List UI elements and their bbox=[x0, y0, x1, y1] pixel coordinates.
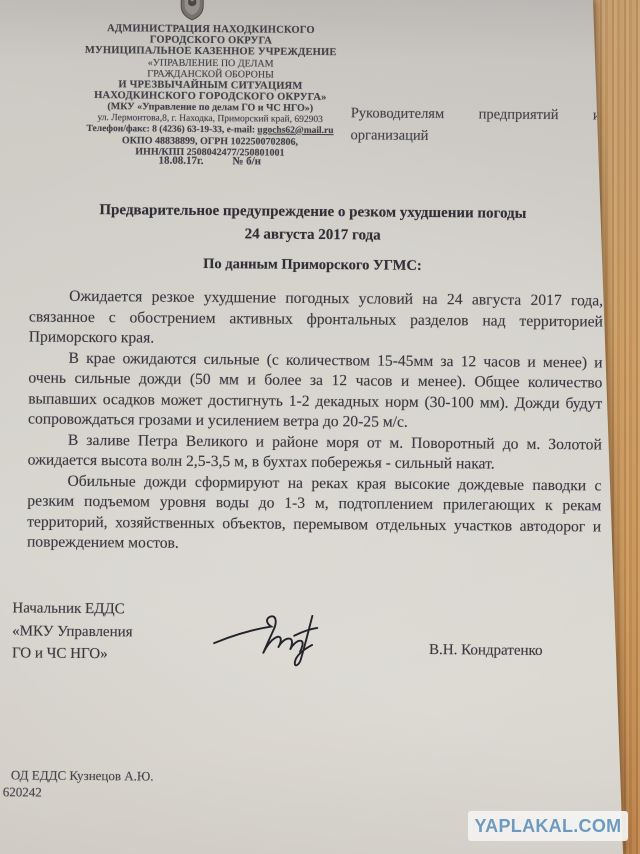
executor-name: ОД ЕДДС Кузнецов А.Ю. bbox=[3, 766, 154, 784]
phone-fax: Телефон/факс: 8 (4236) 63-19-33, e-mail: bbox=[87, 124, 258, 135]
subheading: По данным Приморского УГМС: bbox=[31, 254, 593, 276]
document-number: № б/н bbox=[232, 155, 261, 167]
body-text: Ожидается резкое ухудшение погодных усло… bbox=[27, 286, 603, 557]
coat-of-arms-icon bbox=[179, 0, 206, 22]
signatory-position-line: «МКУ Управления bbox=[12, 620, 182, 644]
title-line-1: Предварительное предупреждение о резком … bbox=[32, 198, 594, 226]
signatory-position-line: ГО и ЧС НГО» bbox=[12, 642, 182, 666]
yaplakal-watermark: YAPLAKAL.COM bbox=[468, 811, 628, 841]
paragraph: Ожидается резкое ухудшение погодных усло… bbox=[29, 286, 604, 353]
date-number-line: 18.08.17г. № б/н bbox=[42, 154, 377, 169]
document-content: АДМИНИСТРАЦИЯ НАХОДКИНСКОГО ГОРОДСКОГО О… bbox=[0, 0, 640, 854]
paragraph: В крае ожидаются сильные (с количеством … bbox=[28, 348, 603, 435]
paper-sheet: АДМИНИСТРАЦИЯ НАХОДКИНСКОГО ГОРОДСКОГО О… bbox=[0, 0, 640, 854]
paragraph: Обильные дожди сформируют на реках края … bbox=[27, 471, 602, 558]
signatory-position: Начальник ЕДДС «МКУ Управления ГО и ЧС Н… bbox=[12, 597, 183, 666]
executor-code: 620242 bbox=[3, 783, 154, 801]
document-title: Предварительное предупреждение о резком … bbox=[32, 198, 594, 249]
document-photo: АДМИНИСТРАЦИЯ НАХОДКИНСКОГО ГОРОДСКОГО О… bbox=[0, 0, 640, 854]
signatory-name: В.Н. Кондратенко bbox=[429, 642, 543, 660]
executor-block: ОД ЕДДС Кузнецов А.Ю. 620242 bbox=[3, 766, 154, 801]
paragraph: В заливе Петра Великого и районе моря от… bbox=[28, 430, 602, 476]
title-line-2: 24 августа 2017 года bbox=[32, 221, 594, 249]
document-date: 18.08.17г. bbox=[159, 155, 204, 167]
addressee: Руководителям предприятий и организаций bbox=[350, 103, 600, 148]
letterhead: АДМИНИСТРАЦИЯ НАХОДКИНСКОГО ГОРОДСКОГО О… bbox=[42, 23, 378, 160]
handwritten-signature-icon bbox=[211, 606, 347, 677]
signatory-position-line: Начальник ЕДДС bbox=[12, 597, 182, 621]
email-text: ugochs62@mail.ru bbox=[257, 125, 333, 136]
